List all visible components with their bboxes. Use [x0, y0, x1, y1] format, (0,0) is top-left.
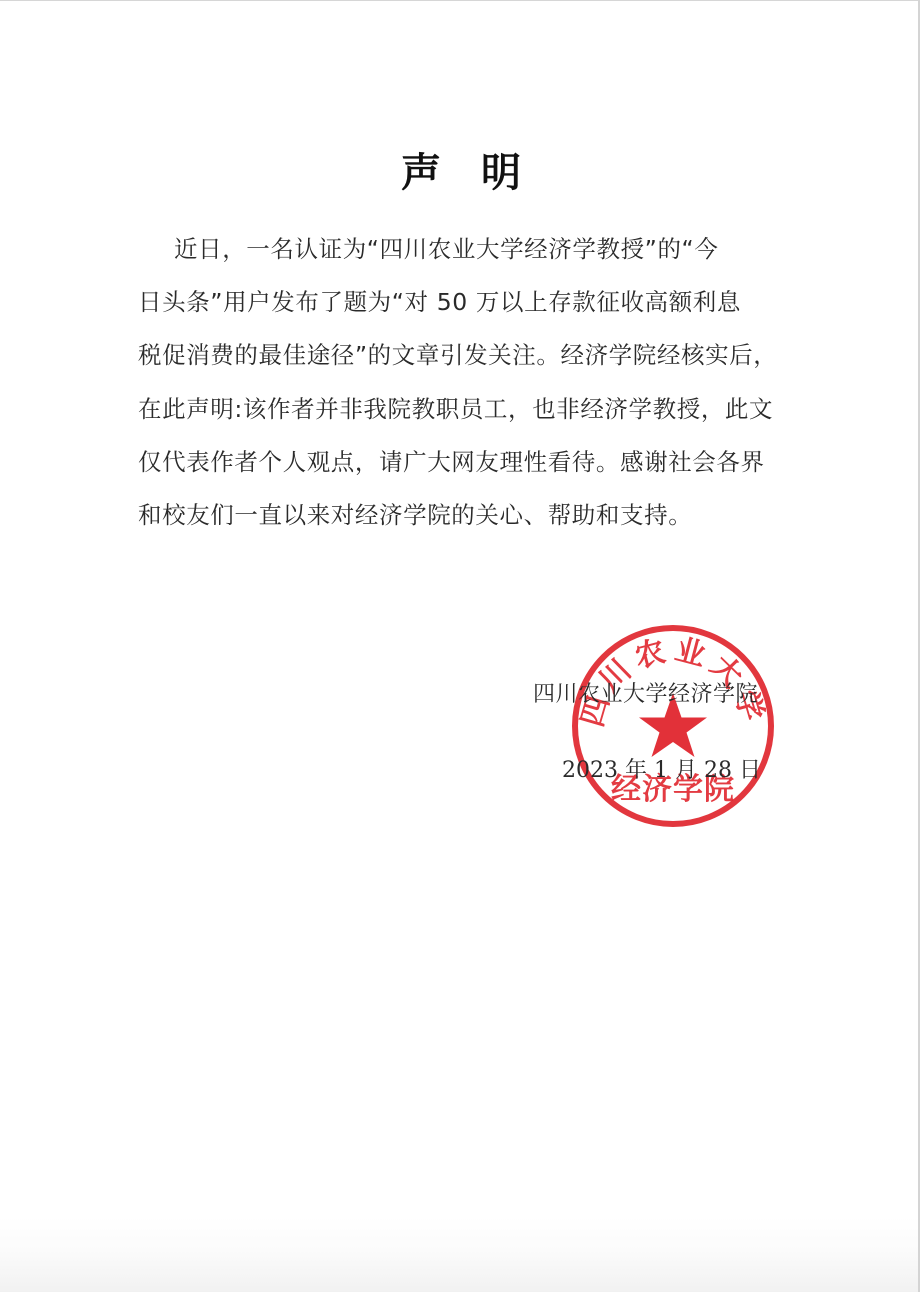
body-line-4: 在此声明:该作者并非我院教职员工，也非经济学教授，此文 — [138, 383, 798, 436]
body-line-6: 和校友们一直以来对经济学院的关心、帮助和支持。 — [138, 489, 798, 542]
document-title: 声明 — [0, 141, 922, 198]
body-line-5: 仅代表作者个人观点，请广大网友理性看待。感谢社会各界 — [138, 436, 798, 489]
statement-body: 近日，一名认证为“四川农业大学经济学教授”的“今 日头条”用户发布了题为“对 5… — [138, 223, 798, 542]
body-line-3: 税促消费的最佳途径”的文章引发关注。经济学院经核实后， — [138, 329, 798, 382]
official-seal: 四川农业大学 经济学院 — [570, 623, 776, 829]
body-line-2: 日头条”用户发布了题为“对 50 万以上存款征收高额利息 — [138, 276, 798, 329]
title-char-2: 明 — [481, 149, 521, 196]
signature-org: 四川农业大学经济学院 — [533, 677, 758, 708]
title-char-1: 声 — [401, 149, 441, 196]
signature-date: 2023 年 1 月 28 日 — [562, 753, 761, 784]
body-line-1: 近日，一名认证为“四川农业大学经济学教授”的“今 — [138, 223, 798, 276]
document-page: 声明 近日，一名认证为“四川农业大学经济学教授”的“今 日头条”用户发布了题为“… — [0, 0, 920, 1292]
